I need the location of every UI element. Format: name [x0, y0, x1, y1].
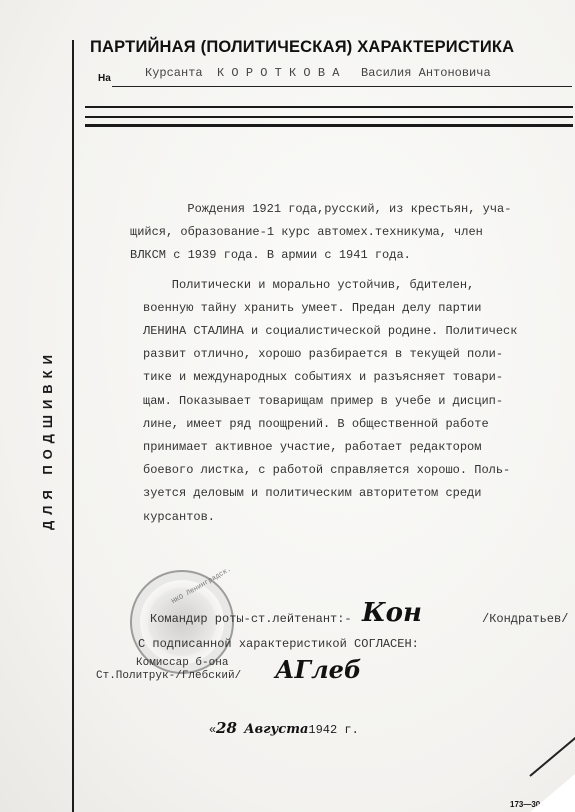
commissar-name: Ст.Политрук-/Глебский/: [96, 670, 241, 682]
form-rule: [85, 124, 573, 127]
form-rule: [85, 106, 573, 108]
date-year: 1942 г.: [308, 723, 358, 737]
binding-margin-line: [72, 40, 74, 812]
na-label: На: [98, 73, 111, 84]
date-month: Августа: [244, 722, 308, 737]
date-prefix: «: [209, 723, 216, 737]
body-line: Политически и морально устойчив, бдителе…: [143, 274, 573, 297]
commander-signature: Кон: [362, 598, 422, 628]
body-line: курсантов.: [143, 506, 573, 529]
body-line: боевого листка, с работой справляется хо…: [143, 459, 573, 482]
date-day: 28: [216, 719, 237, 737]
corner-fold-line: [529, 737, 575, 777]
body-line: тике и международных событиях и разъясня…: [143, 366, 573, 389]
body-line: развит отлично, хорошо разбирается в тек…: [143, 343, 573, 366]
agreement-line: С подписанной характеристикой СОГЛАСЕН:: [138, 637, 419, 651]
body-line: лине, имеет ряд поощрений. В общественно…: [143, 413, 573, 436]
form-rule: [85, 116, 573, 118]
body-line: ЛЕНИНА СТАЛИНА и социалистической родине…: [143, 320, 573, 343]
commander-name: /Кондратьев/: [482, 612, 568, 626]
document-date: «28 Августа1942 г.: [180, 705, 359, 751]
body-line: щам. Показывает товарищам пример в учебе…: [143, 390, 573, 413]
characteristic-body: Рождения 1921 года,русский, из крестьян,…: [173, 198, 573, 529]
binding-label: ДЛЯ ПОДШИВКИ: [40, 349, 55, 530]
body-line: Рождения 1921 года,русский, из крестьян,…: [173, 198, 573, 221]
body-line: военную тайну хранить умеет. Предан делу…: [143, 297, 573, 320]
document-page: ДЛЯ ПОДШИВКИ ПАРТИЙНАЯ (ПОЛИТИЧЕСКАЯ) ХА…: [0, 0, 575, 812]
document-title: ПАРТИЙНАЯ (ПОЛИТИЧЕСКАЯ) ХАРАКТЕРИСТИКА: [90, 38, 570, 57]
body-line: ВЛКСМ с 1939 года. В армии с 1941 года.: [130, 244, 573, 267]
body-line: зуется деловым и политическим авторитето…: [143, 482, 573, 505]
name-underline: [112, 86, 572, 87]
torn-corner: [530, 774, 575, 812]
commissar-title: Комиссар б-она: [136, 657, 228, 669]
commissar-signature: АГлеб: [275, 655, 361, 684]
commander-line: Командир роты-ст.лейтенант:-: [150, 612, 352, 626]
body-line: принимает активное участие, работает ред…: [143, 436, 573, 459]
body-line: щийся, образование-1 курс автомех.техник…: [130, 221, 573, 244]
subject-name: Курсанта К О Р О Т К О В А Василия Антон…: [145, 66, 491, 80]
